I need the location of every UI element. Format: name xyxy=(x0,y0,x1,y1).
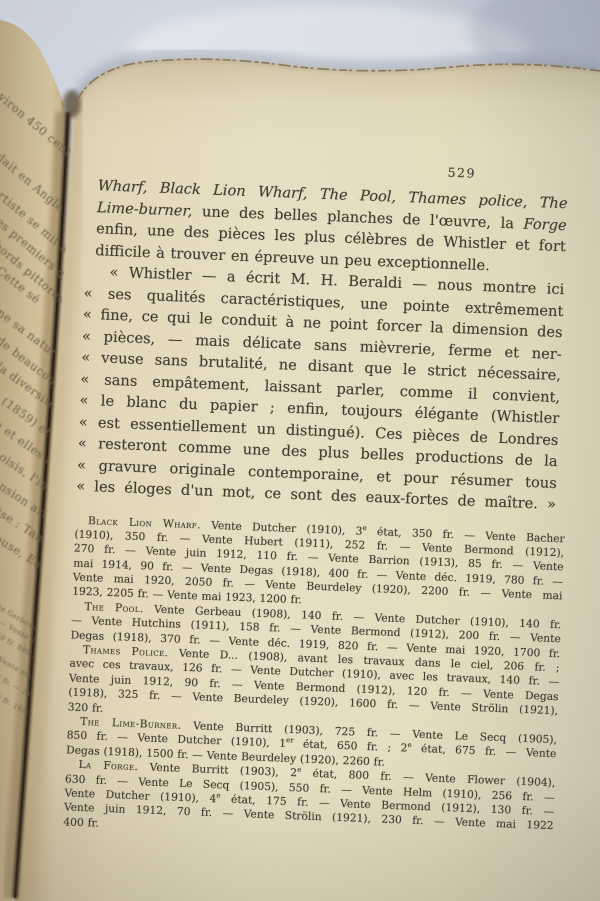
sales-entry-title: The Pool. xyxy=(84,600,144,615)
left-page-fragment: viron 450 cent xyxy=(0,90,75,160)
page-number: 529 xyxy=(447,165,476,181)
quote-paragraph: « Whistler — a écrit M. H. Beraldi — nou… xyxy=(86,261,565,515)
sales-entry-title: La Forge. xyxy=(78,758,138,773)
right-page-text: 529 Wharf, Black Lion Wharf, The Pool, T… xyxy=(73,149,569,848)
book-photo: viron 450 centdait en Angleartiste se mi… xyxy=(0,0,600,901)
sales-records: Black Lion Wharf. Vente Dutcher (1910), … xyxy=(63,513,565,848)
